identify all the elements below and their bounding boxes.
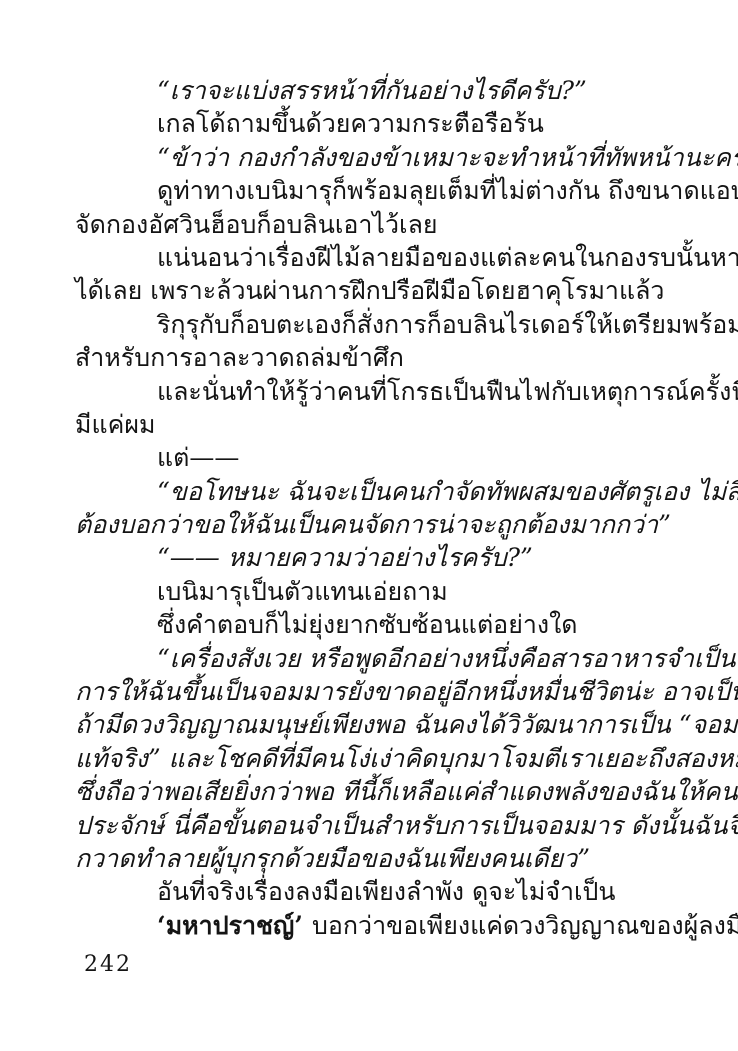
- text-line: “เครื่องสังเวย หรือพูดอีกอย่างหนึ่งคือสา…: [75, 642, 687, 675]
- text-line: ต้องบอกว่าขอให้ฉันเป็นคนจัดการน่าจะถูกต้…: [75, 508, 687, 541]
- text-line: กวาดทำลายผู้บุกรุกด้วยมือของฉันเพียงคนเด…: [75, 842, 687, 875]
- text-line: การให้ฉันขึ้นเป็นจอมมารยังขาดอยู่อีกหนึ่…: [75, 675, 687, 708]
- text-line: เกลโด้ถามขึ้นด้วยความกระตือรือร้น: [75, 107, 687, 140]
- page-number: 242: [84, 951, 132, 979]
- text-line: แต่——: [75, 441, 687, 474]
- text-line: มีแค่ผม: [75, 408, 687, 441]
- text-line: “ขอโทษนะ ฉันจะเป็นคนกำจัดทัพผสมของศัตรูเ…: [75, 475, 687, 508]
- text-line: จัดกองอัศวินฮ็อบก็อบลินเอาไว้เลย: [75, 208, 687, 241]
- text-line: ‘มหาปราชญ์’บอกว่าขอเพียงแค่ดวงวิญญาณของผ…: [75, 909, 687, 942]
- text-line-rest: บอกว่าขอเพียงแค่ดวงวิญญาณของผู้ลงมือ: [312, 911, 738, 940]
- text-line: แท้จริง” และโชคดีที่มีคนโง่เง่าคิดบุกมาโ…: [75, 742, 687, 775]
- text-line: และนั่นทำให้รู้ว่าคนที่โกรธเป็นฟืนไฟกับเ…: [75, 375, 687, 408]
- body-text: “เราจะแบ่งสรรหน้าที่กันอย่างไรดีครับ?” เ…: [75, 74, 687, 942]
- text-line: เบนิมารุเป็นตัวแทนเอ่ยถาม: [75, 575, 687, 608]
- text-line: “ข้าว่า กองกำลังของข้าเหมาะจะทำหน้าที่ทั…: [75, 141, 687, 174]
- emphasized-term: ‘มหาปราชญ์’: [157, 911, 303, 940]
- text-line: ซึ่งถือว่าพอเสียยิ่งกว่าพอ ทีนี้ก็เหลือแ…: [75, 775, 687, 808]
- text-line: ซึ่งคำตอบก็ไม่ยุ่งยากซับซ้อนแต่อย่างใด: [75, 608, 687, 641]
- text-line: ได้เลย เพราะล้วนผ่านการฝึกปรือฝีมือโดยฮา…: [75, 274, 687, 307]
- text-line: ริกุรุกับก็อบตะเองก็สั่งการก็อบลินไรเดอร…: [75, 308, 687, 341]
- text-line: แน่นอนว่าเรื่องฝีไม้ลายมือของแต่ละคนในกอ…: [75, 241, 687, 274]
- text-line: ดูท่าทางเบนิมารุก็พร้อมลุยเต็มที่ไม่ต่าง…: [75, 174, 687, 207]
- text-line: สำหรับการอาละวาดถล่มข้าศึก: [75, 341, 687, 374]
- text-line: “—— หมายความว่าอย่างไรครับ?”: [75, 541, 687, 574]
- text-line: ถ้ามีดวงวิญญาณมนุษย์เพียงพอ ฉันคงได้วิวั…: [75, 708, 687, 741]
- text-line: ประจักษ์ นี่คือขั้นตอนจำเป็นสำหรับการเป็…: [75, 809, 687, 842]
- text-line: “เราจะแบ่งสรรหน้าที่กันอย่างไรดีครับ?”: [75, 74, 687, 107]
- book-page: “เราจะแบ่งสรรหน้าที่กันอย่างไรดีครับ?” เ…: [0, 0, 738, 1051]
- text-line: อันที่จริงเรื่องลงมือเพียงลำพัง ดูจะไม่จ…: [75, 875, 687, 908]
